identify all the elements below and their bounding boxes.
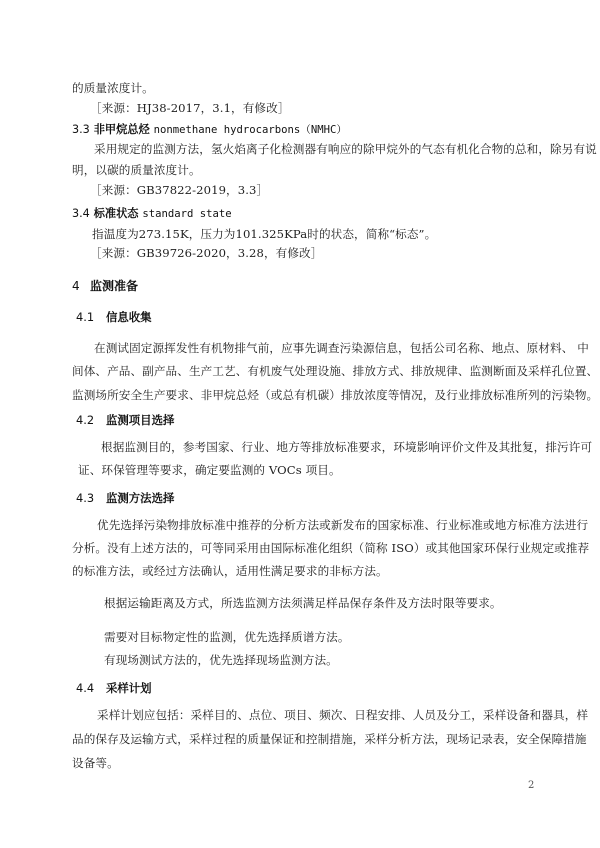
paragraph-line: 明，以碳的质量浓度计。 (72, 162, 201, 178)
paragraph-line: 根据运输距离及方式，所选监测方法须满足样品保存条件及方法时限等要求。 (104, 595, 502, 611)
section-title: 监测准备 (90, 279, 138, 293)
source-citation: ［来源：GB37822-2019，3.3］ (90, 182, 268, 198)
paragraph-line: 监测场所安全生产要求、非甲烷总烃（或总有机碳）排放浓度等情况，及行业排放标准所列… (72, 387, 598, 403)
section-title: 监测项目选择 (106, 413, 174, 427)
paragraph-line: 设备等。 (72, 755, 119, 771)
page-number: 2 (528, 780, 534, 791)
paragraph-line: 有现场测试方法的，优先选择现场监测方法。 (104, 652, 338, 668)
section-title: 采样计划 (106, 681, 152, 695)
paragraph-line: 采样计划应包括：采样目的、点位、项目、频次、日程安排、人员及分工，采样设备和器具… (97, 707, 588, 723)
paragraph-line: 的质量浓度计。 (72, 80, 154, 96)
section-title: 标准状态 (94, 207, 139, 220)
paragraph-line: 证、环保管理等要求，确定要监测的 VOCs 项目。 (78, 462, 341, 478)
section-heading-4-4: 4.4采样计划 (76, 680, 152, 696)
section-title-english: nonmethane hydrocarbons（NMHC） (154, 124, 347, 136)
paragraph-line: 采用规定的监测方法，氢火焰离子化检测器有响应的除甲烷外的气态有机化合物的总和，除… (94, 141, 597, 157)
section-number: 4.3 (76, 491, 106, 505)
section-title: 非甲烷总烃 (94, 123, 150, 136)
section-heading-4-1: 4.1信息收集 (76, 309, 152, 325)
section-number: 4.2 (76, 413, 106, 427)
source-citation: ［来源：GB39726-2020，3.28，有修改］ (90, 245, 322, 261)
paragraph-line: 优先选择污染物排放标准中推荐的分析方法或新发布的国家标准、行业标准或地方标准方法… (97, 517, 588, 533)
section-heading-3-4: 3.4 标准状态 standard state (72, 205, 232, 221)
paragraph-line: 的标准方法，或经过方法确认，适用性满足要求的非标方法。 (72, 563, 388, 579)
section-number: 4.1 (76, 310, 106, 324)
section-title-english: standard state (142, 208, 231, 220)
section-heading-3-3: 3.3 非甲烷总烃 nonmethane hydrocarbons（NMHC） (72, 121, 347, 137)
paragraph-line: 根据监测目的，参考国家、行业、地方等排放标准要求，环境影响评价文件及其批复，排污… (101, 439, 592, 455)
section-number: 4 (72, 279, 90, 293)
section-number: 3.4 (72, 207, 90, 220)
source-citation: ［来源：HJ38-2017，3.1，有修改］ (90, 100, 290, 116)
paragraph-line: 间体、产品、副产品、生产工艺、有机废气处理设施、排放方式、排放规律、监测断面及采… (72, 363, 598, 379)
section-title: 监测方法选择 (106, 491, 174, 505)
section-number: 3.3 (72, 123, 90, 136)
paragraph-line: 需要对目标物定性的监测，优先选择质谱方法。 (104, 629, 350, 645)
section-heading-4-3: 4.3监测方法选择 (76, 490, 174, 506)
section-heading-4: 4监测准备 (72, 277, 138, 294)
section-number: 4.4 (76, 681, 106, 695)
paragraph-line: 指温度为273.15K，压力为101.325KPa时的状态，简称“标态”。 (92, 226, 436, 242)
paragraph-line: 分析。没有上述方法的，可等同采用由国际标准化组织（简称 ISO）或其他国家环保行… (72, 540, 589, 556)
paragraph-line: 品的保存及运输方式，采样过程的质量保证和控制措施，采样分析方法，现场记录表，安全… (72, 731, 587, 747)
document-page: 的质量浓度计。 ［来源：HJ38-2017，3.1，有修改］ 3.3 非甲烷总烃… (0, 0, 600, 848)
paragraph-line: 在测试固定源挥发性有机物排气前，应事先调查污染源信息，包括公司名称、地点、原材料… (94, 340, 589, 356)
section-heading-4-2: 4.2监测项目选择 (76, 412, 174, 428)
section-title: 信息收集 (106, 310, 152, 324)
